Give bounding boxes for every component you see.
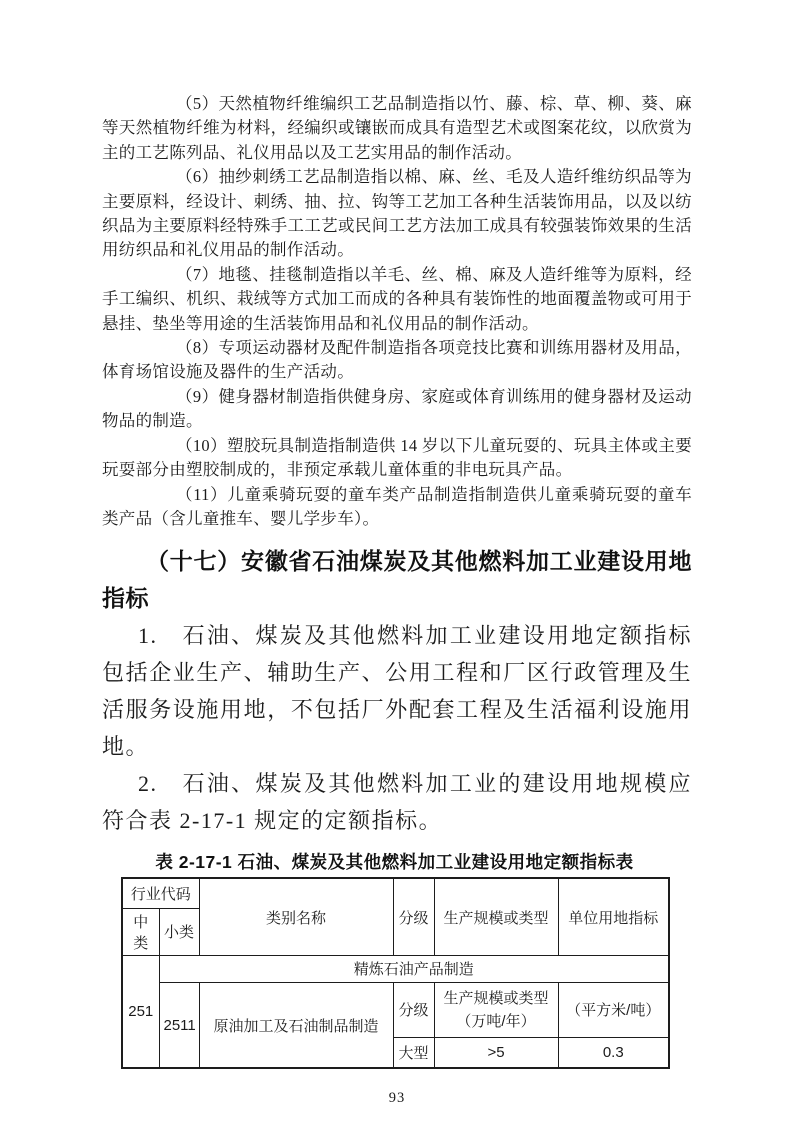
cell-scale: >5: [434, 1037, 558, 1068]
paragraph-7: （7）地毯、挂毯制造指以羊毛、丝、棉、麻及人造纤维等为原料，经手工编织、机织、栽…: [102, 263, 692, 336]
quota-table: 行业代码 类别名称 分级 生产规模或类型 单位用地指标 中类 小类 251 精炼…: [121, 877, 670, 1069]
cell-indicator: 0.3: [558, 1037, 669, 1068]
th-category-name: 类别名称: [199, 878, 393, 955]
group-title-row: 251 精炼石油产品制造: [122, 955, 669, 982]
th-unit-land-indicator: 单位用地指标: [558, 878, 669, 955]
section-heading: （十七）安徽省石油煤炭及其他燃料加工业建设用地指标: [102, 543, 692, 617]
paragraph-10: （10）塑胶玩具制造指制造供 14 岁以下儿童玩耍的、玩具主体或主要玩耍部分由塑…: [102, 434, 692, 483]
section-item-2: 2. 石油、煤炭及其他燃料加工业的建设用地规模应符合表 2-17-1 规定的定额…: [102, 765, 692, 839]
subheader-row: 2511 原油加工及石油制品制造 分级 生产规模或类型 （万吨/年） （平方米/…: [122, 982, 669, 1037]
cell-category: 原油加工及石油制品制造: [199, 982, 393, 1068]
cell-group-title: 精炼石油产品制造: [159, 955, 669, 982]
th-grading: 分级: [393, 878, 434, 955]
cell-sub-code: 2511: [159, 982, 199, 1068]
th-mid-class: 中类: [122, 908, 159, 955]
header-row-1: 行业代码 类别名称 分级 生产规模或类型 单位用地指标: [122, 878, 669, 908]
cell-scale-header: 生产规模或类型 （万吨/年）: [434, 982, 558, 1037]
document-page: （5）天然植物纤维编织工艺品制造指以竹、藤、棕、草、柳、葵、麻等天然植物纤维为材…: [0, 0, 794, 1122]
paragraph-9: （9）健身器材制造指供健身房、家庭或体育训练用的健身器材及运动物品的制造。: [102, 385, 692, 434]
paragraph-11: （11）儿童乘骑玩耍的童车类产品制造指制造供儿童乘骑玩耍的童车类产品（含儿童推车…: [102, 483, 692, 532]
cell-grade: 大型: [393, 1037, 434, 1068]
paragraph-5: （5）天然植物纤维编织工艺品制造指以竹、藤、棕、草、柳、葵、麻等天然植物纤维为材…: [102, 92, 692, 165]
th-sub-class: 小类: [159, 908, 199, 955]
section-item-1: 1. 石油、煤炭及其他燃料加工业建设用地定额指标包括企业生产、辅助生产、公用工程…: [102, 617, 692, 765]
paragraph-6: （6）抽纱刺绣工艺品制造指以棉、麻、丝、毛及人造纤维纺织品等为主要原料，经设计、…: [102, 165, 692, 263]
paragraph-8: （8）专项运动器材及配件制造指各项竞技比赛和训练用器材及用品，体育场馆设施及器件…: [102, 336, 692, 385]
page-number: 93: [102, 1090, 692, 1107]
th-scale-or-type: 生产规模或类型: [434, 878, 558, 955]
paragraph-list: （5）天然植物纤维编织工艺品制造指以竹、藤、棕、草、柳、葵、麻等天然植物纤维为材…: [102, 92, 692, 531]
cell-grading-label: 分级: [393, 982, 434, 1037]
cell-unit-header: （平方米/吨）: [558, 982, 669, 1037]
th-industry-code: 行业代码: [122, 878, 199, 908]
table-caption: 表 2-17-1 石油、煤炭及其他燃料加工业建设用地定额指标表: [121, 849, 668, 874]
cell-mid-code: 251: [122, 955, 159, 1068]
